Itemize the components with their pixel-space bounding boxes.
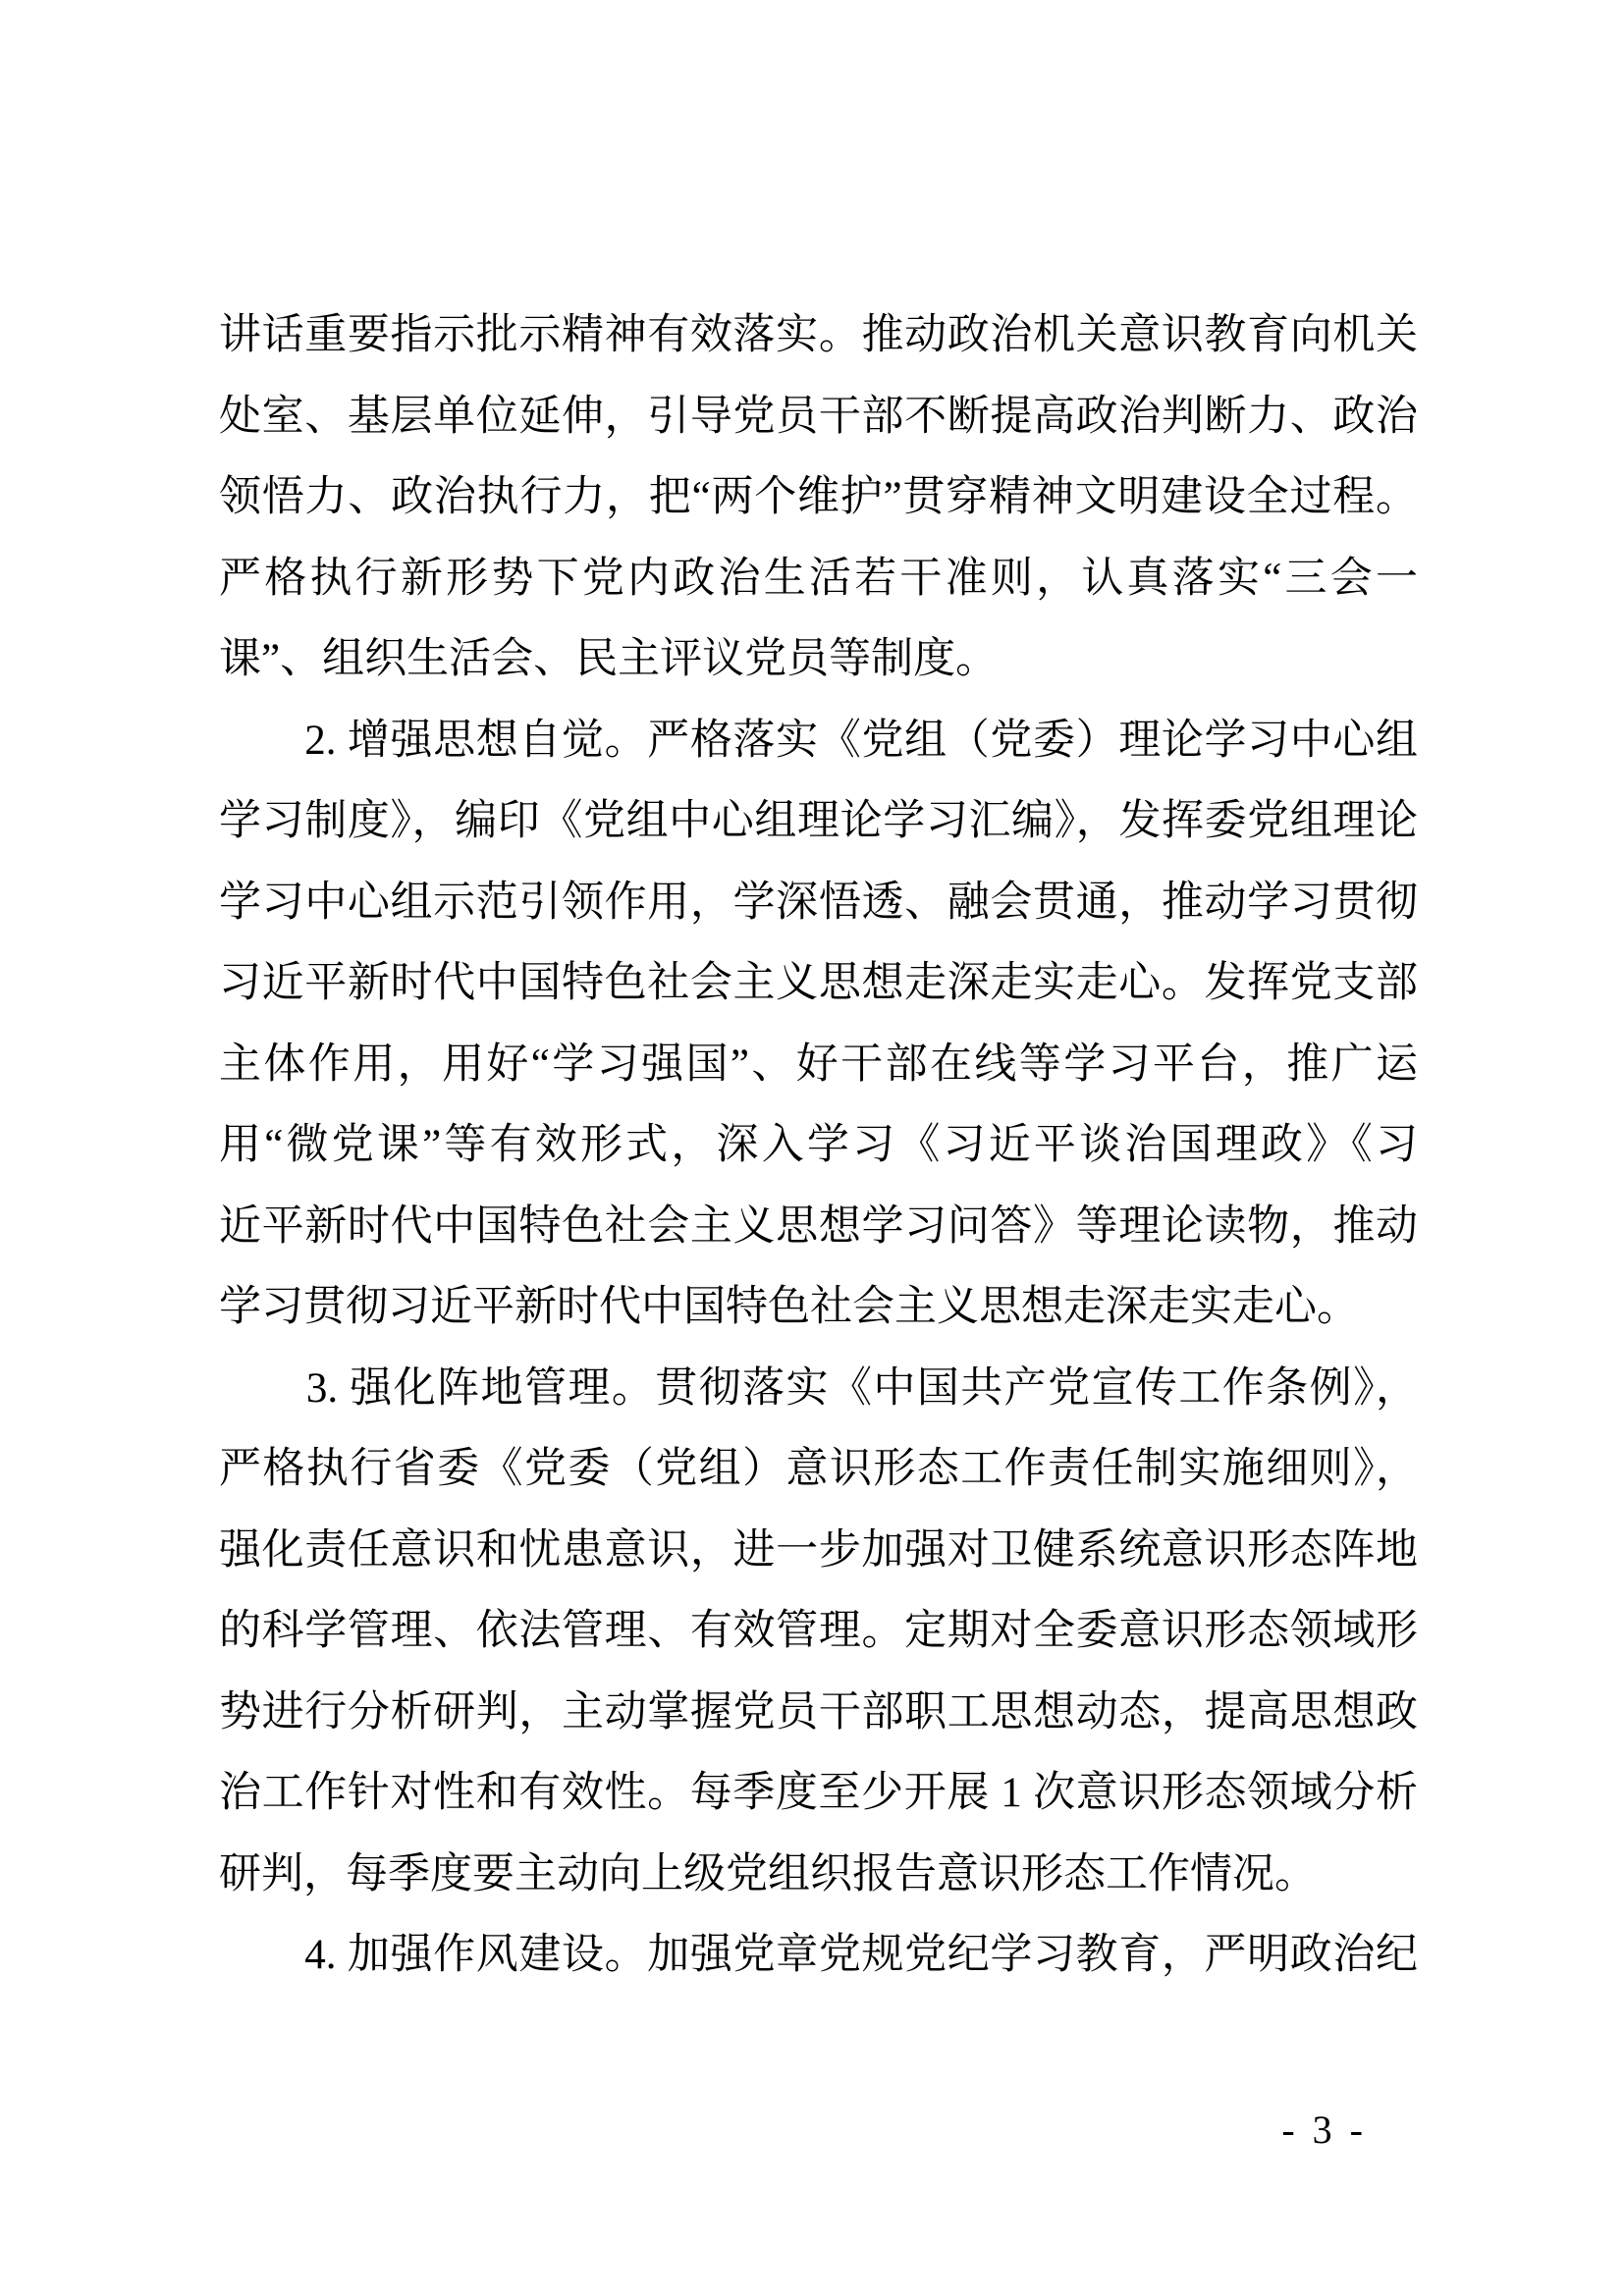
text-line: 习近平新时代中国特色社会主义思想走深走实走心。发挥党支部 bbox=[219, 943, 1418, 1025]
text-line: 的科学管理、依法管理、有效管理。定期对全委意识形态领域形 bbox=[219, 1591, 1418, 1673]
text-line: 主体作用，用好“学习强国”、好干部在线等学习平台，推广运 bbox=[219, 1025, 1418, 1106]
text-line: 近平新时代中国特色社会主义思想学习问答》等理论读物，推动 bbox=[219, 1187, 1418, 1268]
text-line: 用“微党课”等有效形式，深入学习《习近平谈治国理政》《习 bbox=[219, 1105, 1418, 1187]
text-line: 强化责任意识和忧患意识，进一步加强对卫健系统意识形态阵地 bbox=[219, 1511, 1418, 1592]
text-line: 严格执行省委《党委（党组）意识形态工作责任制实施细则》， bbox=[219, 1429, 1418, 1511]
text-line: 4. 加强作风建设。加强党章党规党纪学习教育，严明政治纪 bbox=[219, 1915, 1418, 1997]
page-number: - 3 - bbox=[1281, 2108, 1367, 2152]
text-line: 学习制度》，编印《党组中心组理论学习汇编》，发挥委党组理论 bbox=[219, 781, 1418, 863]
text-line: 领悟力、政治执行力，把“两个维护”贯穿精神文明建设全过程。 bbox=[219, 457, 1418, 539]
document-page: 讲话重要指示批示精神有效落实。推动政治机关意识教育向机关 处室、基层单位延伸，引… bbox=[0, 0, 1624, 2296]
document-body: 讲话重要指示批示精神有效落实。推动政治机关意识教育向机关 处室、基层单位延伸，引… bbox=[219, 295, 1418, 1997]
text-line: 势进行分析研判，主动掌握党员干部职工思想动态，提高思想政 bbox=[219, 1673, 1418, 1754]
page-footer: - 3 - bbox=[1281, 2109, 1367, 2152]
text-line: 严格执行新形势下党内政治生活若干准则，认真落实“三会一 bbox=[219, 539, 1418, 620]
text-line: 研判，每季度要主动向上级党组织报告意识形态工作情况。 bbox=[219, 1835, 1418, 1916]
text-line: 课”、组织生活会、民主评议党员等制度。 bbox=[219, 619, 1418, 701]
text-line: 治工作针对性和有效性。每季度至少开展 1 次意识形态领域分析 bbox=[219, 1753, 1418, 1835]
text-line: 2. 增强思想自觉。严格落实《党组（党委）理论学习中心组 bbox=[219, 701, 1418, 782]
text-line: 处室、基层单位延伸，引导党员干部不断提高政治判断力、政治 bbox=[219, 377, 1418, 458]
text-line: 3. 强化阵地管理。贯彻落实《中国共产党宣传工作条例》， bbox=[219, 1349, 1418, 1430]
text-line: 学习贯彻习近平新时代中国特色社会主义思想走深走实走心。 bbox=[219, 1267, 1418, 1349]
text-line: 讲话重要指示批示精神有效落实。推动政治机关意识教育向机关 bbox=[219, 295, 1418, 377]
text-line: 学习中心组示范引领作用，学深悟透、融会贯通，推动学习贯彻 bbox=[219, 863, 1418, 944]
